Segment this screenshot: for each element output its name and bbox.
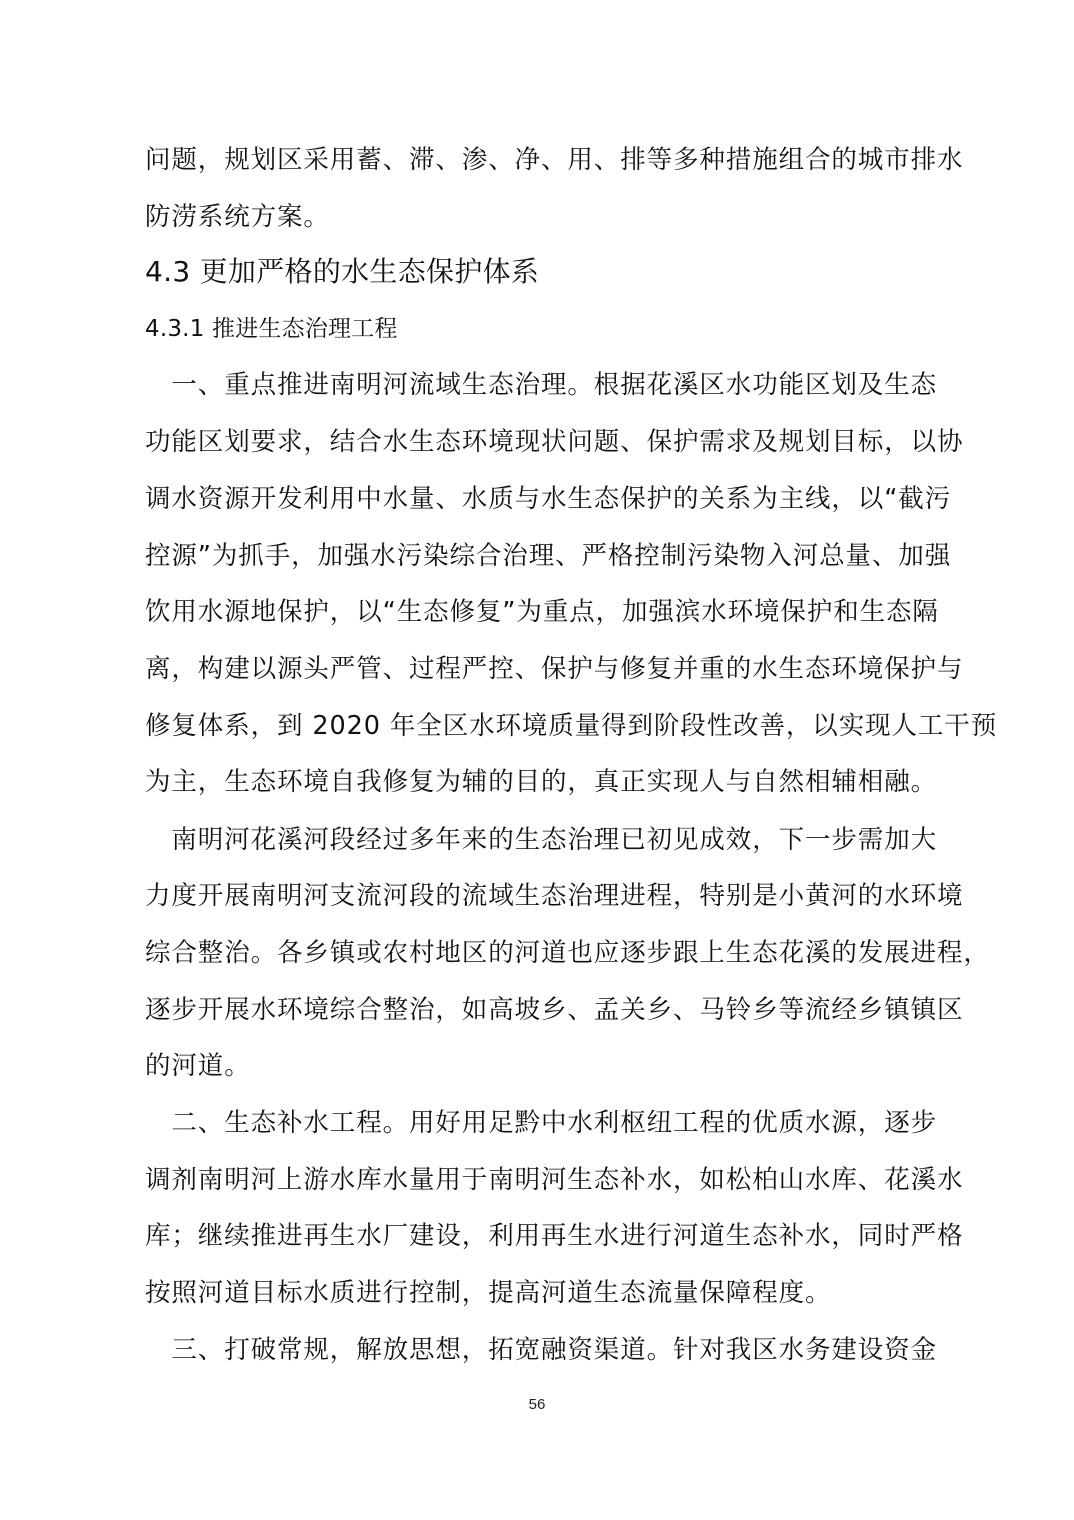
body-text-line: 南明河花溪河段经过多年来的生态治理已初见成效，下一步需加大 — [145, 825, 935, 855]
body-text-line: 离，构建以源头严管、过程严控、保护与修复并重的水生态环境保护与 — [145, 654, 935, 684]
page-number: 56 — [0, 1396, 1074, 1413]
body-text-line: 为主，生态环境自我修复为辅的目的，真正实现人与自然相辅相融。 — [145, 767, 935, 797]
body-text-line: 综合整治。各乡镇或农村地区的河道也应逐步跟上生态花溪的发展进程， — [145, 938, 935, 968]
body-text-line: 按照河道目标水质进行控制，提高河道生态流量保障程度。 — [145, 1278, 935, 1308]
body-text-line: 逐步开展水环境综合整治，如高坡乡、孟关乡、马铃乡等流经乡镇镇区 — [145, 995, 935, 1025]
subsection-heading: 4.3.1 推进生态治理工程 — [145, 314, 398, 344]
body-text-line: 一、重点推进南明河流域生态治理。根据花溪区水功能区划及生态 — [145, 370, 935, 400]
section-heading: 4.3 更加严格的水生态保护体系 — [145, 255, 539, 289]
body-text-line: 饮用水源地保护，以“生态修复”为重点，加强滨水环境保护和生态隔 — [145, 597, 935, 627]
body-text-line: 控源”为抓手，加强水污染综合治理、严格控制污染物入河总量、加强 — [145, 541, 935, 571]
body-text-line: 的河道。 — [145, 1051, 935, 1081]
body-text-line: 调水资源开发利用中水量、水质与水生态保护的关系为主线，以“截污 — [145, 484, 935, 514]
body-text-line: 三、打破常规，解放思想，拓宽融资渠道。针对我区水务建设资金 — [145, 1335, 935, 1365]
body-text-line: 调剂南明河上游水库水量用于南明河生态补水，如松柏山水库、花溪水 — [145, 1165, 935, 1195]
body-text-line: 修复体系，到 2020 年全区水环境质量得到阶段性改善，以实现人工干预 — [145, 711, 935, 741]
body-text-line: 功能区划要求，结合水生态环境现状问题、保护需求及规划目标，以协 — [145, 427, 935, 457]
body-text-line: 二、生态补水工程。用好用足黔中水利枢纽工程的优质水源，逐步 — [145, 1108, 935, 1138]
body-text-line: 问题，规划区采用蓄、滞、渗、净、用、排等多种措施组合的城市排水 — [145, 145, 935, 175]
document-page: 问题，规划区采用蓄、滞、渗、净、用、排等多种措施组合的城市排水 防涝系统方案。 … — [0, 0, 1074, 1520]
body-text-line: 力度开展南明河支流河段的流域生态治理进程，特别是小黄河的水环境 — [145, 881, 935, 911]
body-text-line: 库；继续推进再生水厂建设，利用再生水进行河道生态补水，同时严格 — [145, 1221, 935, 1251]
body-text-line: 防涝系统方案。 — [145, 202, 935, 232]
